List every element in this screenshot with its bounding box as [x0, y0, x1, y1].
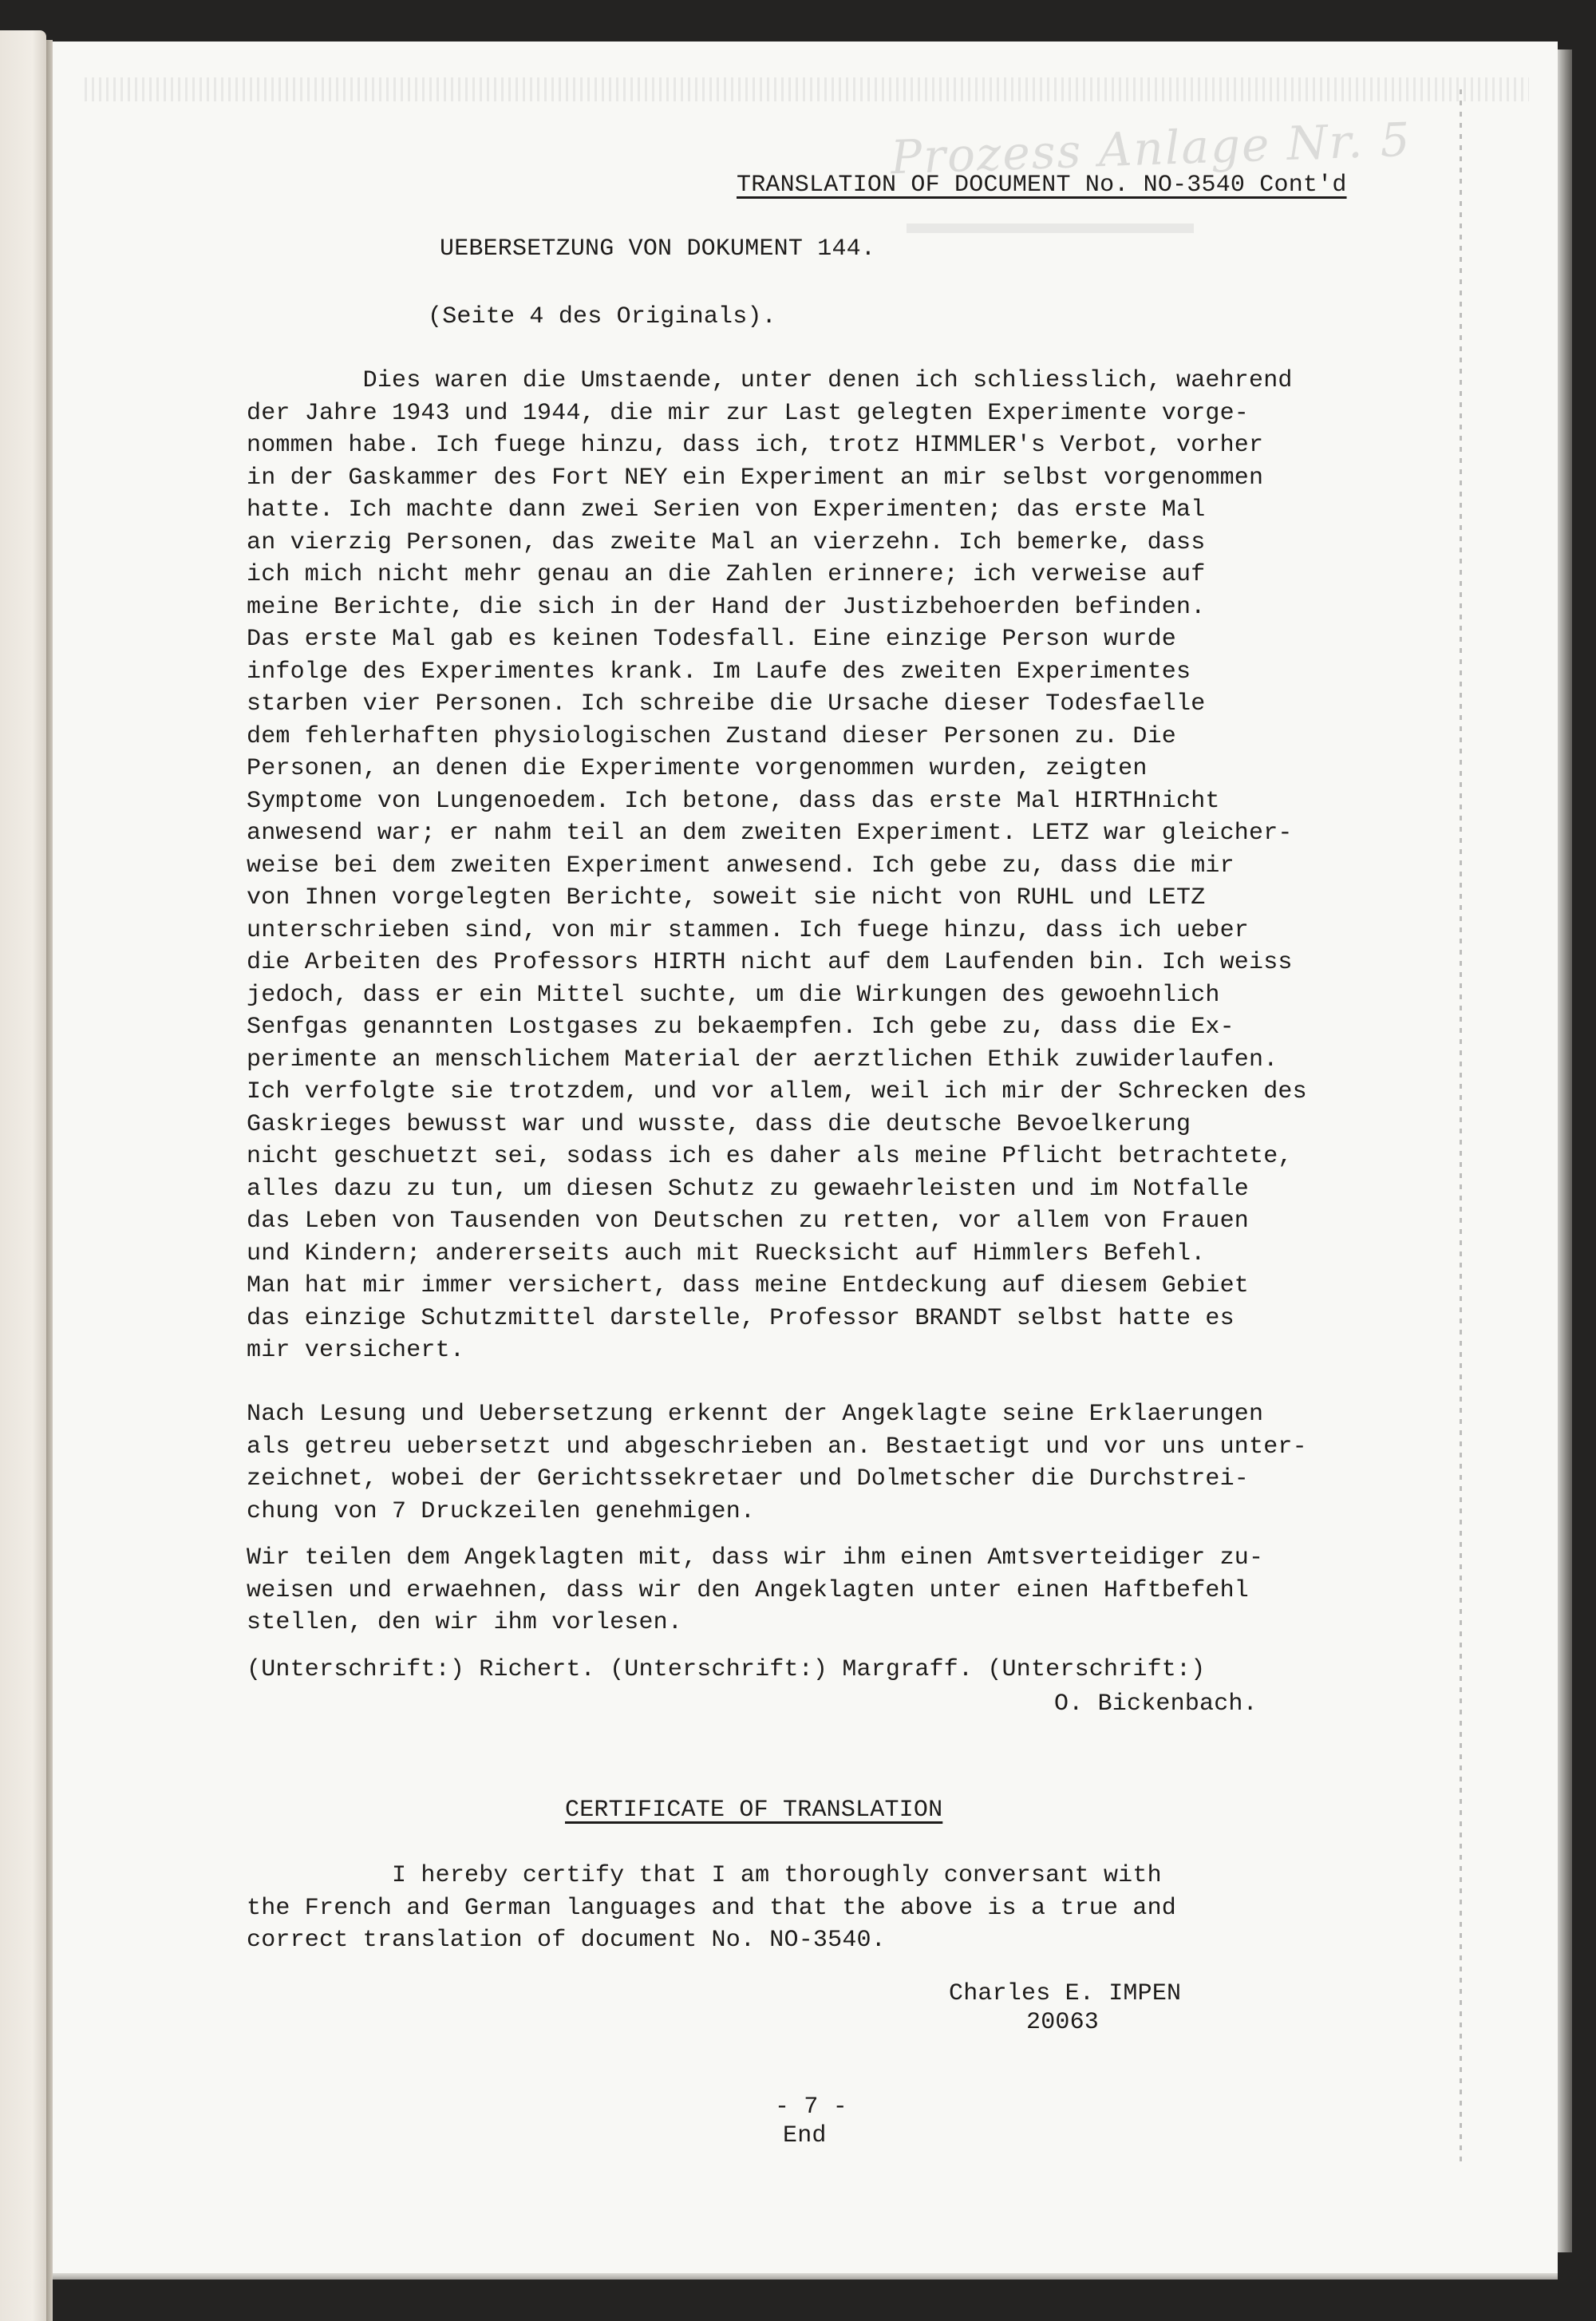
page-stack-edge [1556, 49, 1572, 2252]
bleed-through-text [907, 223, 1194, 233]
certificate-line: the French and German languages and that… [247, 1892, 1176, 1925]
certificate-body: I hereby certify that I am thoroughly co… [247, 1860, 1176, 1957]
document-title: UEBERSETZUNG VON DOKUMENT 144. [440, 233, 875, 266]
text-line: meine Berichte, die sich in der Hand der… [247, 591, 1460, 624]
text-line: dem fehlerhaften physiologischen Zustand… [247, 721, 1460, 753]
paragraph-statement: Dies waren die Umstaende, unter denen ic… [247, 365, 1460, 1367]
text-line: unterschrieben sind, von mir stammen. Ic… [247, 915, 1460, 947]
document-page: Prozess Anlage Nr. 5 TRANSLATION OF DOCU… [53, 42, 1558, 2273]
text-line: nicht geschuetzt sei, sodass ich es dahe… [247, 1141, 1460, 1173]
certificate-title: CERTIFICATE OF TRANSLATION [565, 1794, 942, 1827]
document-reference-header: TRANSLATION OF DOCUMENT No. NO-3540 Cont… [737, 169, 1347, 202]
text-line: jedoch, dass er ein Mittel suchte, um di… [247, 979, 1460, 1012]
text-line: weisen und erwaehnen, dass wir den Angek… [247, 1575, 1460, 1607]
signature-name-bickenbach: O. Bickenbach. [1054, 1688, 1258, 1721]
text-line: chung von 7 Druckzeilen genehmigen. [247, 1496, 1460, 1528]
text-line: in der Gaskammer des Fort NEY ein Experi… [247, 462, 1460, 495]
text-line: hatte. Ich machte dann zwei Serien von E… [247, 494, 1460, 527]
text-line: anwesend war; er nahm teil an dem zweite… [247, 817, 1460, 850]
text-line: Symptome von Lungenoedem. Ich betone, da… [247, 785, 1460, 818]
text-line: weise bei dem zweiten Experiment anwesen… [247, 850, 1460, 883]
text-line: starben vier Personen. Ich schreibe die … [247, 688, 1460, 721]
text-line: stellen, den wir ihm vorlesen. [247, 1607, 1460, 1639]
document-subtitle: (Seite 4 des Originals). [428, 301, 776, 334]
paragraph-acknowledgement: Nach Lesung und Uebersetzung erkennt der… [247, 1398, 1460, 1528]
paragraph-notification: Wir teilen dem Angeklagten mit, dass wir… [247, 1542, 1460, 1639]
text-line: Man hat mir immer versichert, dass meine… [247, 1270, 1460, 1303]
text-line: Das erste Mal gab es keinen Todesfall. E… [247, 623, 1460, 656]
text-line: ich mich nicht mehr genau an die Zahlen … [247, 559, 1460, 591]
text-line: von Ihnen vorgelegten Berichte, soweit s… [247, 882, 1460, 915]
text-line: der Jahre 1943 und 1944, die mir zur Las… [247, 397, 1460, 430]
text-line: das Leben von Tausenden von Deutschen zu… [247, 1205, 1460, 1238]
text-line: nommen habe. Ich fuege hinzu, dass ich, … [247, 429, 1460, 462]
text-line: als getreu uebersetzt und abgeschrieben … [247, 1431, 1460, 1464]
page-number: - 7 - [775, 2091, 847, 2124]
page-stack-bottom-edge [53, 2273, 1558, 2279]
text-line: Gaskrieges bewusst war und wusste, dass … [247, 1109, 1460, 1141]
margin-mark-line [1460, 89, 1462, 2165]
text-line: und Kindern; andererseits auch mit Rueck… [247, 1238, 1460, 1271]
text-line: Personen, an denen die Experimente vorge… [247, 753, 1460, 785]
end-marker: End [783, 2120, 827, 2153]
text-line: Nach Lesung und Uebersetzung erkennt der… [247, 1398, 1460, 1431]
certificate-line: correct translation of document No. NO-3… [247, 1924, 1176, 1957]
translator-name: Charles E. IMPEN [949, 1978, 1181, 2011]
binding-shadow [46, 40, 53, 2321]
text-line: das einzige Schutzmittel darstelle, Prof… [247, 1303, 1460, 1335]
text-line: mir versichert. [247, 1334, 1460, 1367]
text-line: infolge des Experimentes krank. Im Laufe… [247, 656, 1460, 689]
text-line: Dies waren die Umstaende, unter denen ic… [247, 365, 1460, 397]
adjacent-page-edge [0, 30, 46, 2321]
text-line: Ich verfolgte sie trotzdem, und vor alle… [247, 1076, 1460, 1109]
text-line: perimente an menschlichem Material der a… [247, 1044, 1460, 1077]
text-line: alles dazu zu tun, um diesen Schutz zu g… [247, 1173, 1460, 1206]
text-line: Wir teilen dem Angeklagten mit, dass wir… [247, 1542, 1460, 1575]
text-line: Senfgas genannten Lostgases zu bekaempfe… [247, 1011, 1460, 1044]
text-line: die Arbeiten des Professors HIRTH nicht … [247, 947, 1460, 979]
text-line: an vierzig Personen, das zweite Mal an v… [247, 527, 1460, 559]
certificate-line: I hereby certify that I am thoroughly co… [247, 1860, 1176, 1892]
translator-id: 20063 [1026, 2007, 1099, 2039]
signature-line: (Unterschrift:) Richert. (Unterschrift:)… [247, 1654, 1205, 1686]
text-line: zeichnet, wobei der Gerichtssekretaer un… [247, 1463, 1460, 1496]
scan-noise-band [85, 77, 1529, 101]
